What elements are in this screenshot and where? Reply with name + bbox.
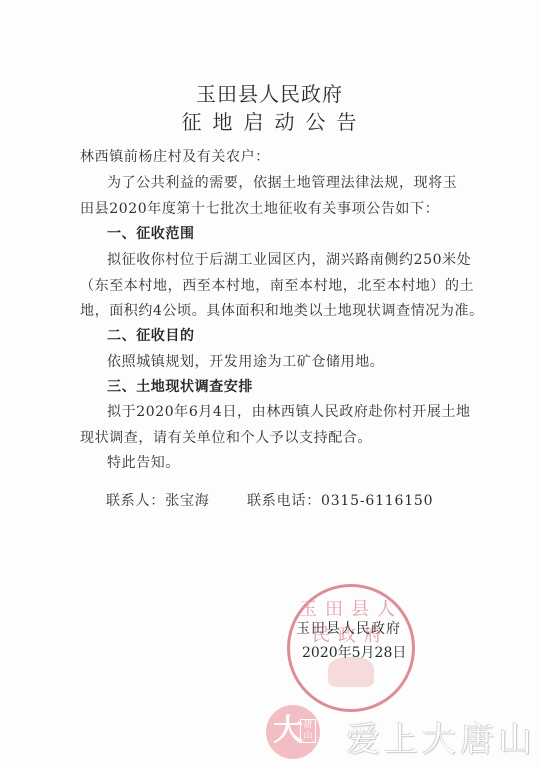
section-heading-survey: 三、土地现状调查安排 [107,377,507,397]
watermark-logo-icon: 大 唐山 [266,705,320,759]
intro-line-1: 为了公共利益的需要，依据土地管理法律法规，现将玉 [107,173,507,193]
notice-page: 玉田县人民政府 征地启动公告 林西镇前杨庄村及有关农户： 为了公共利益的需要，依… [0,0,539,768]
intro-line-2: 田县2020年度第十七批次土地征收有关事项公告如下： [80,199,480,219]
contact-person: 联系人：张宝海 [106,490,210,510]
closing-text: 特此告知。 [107,453,507,473]
watermark-text: 爱上大唐山 [346,712,536,761]
notice-title: 征地启动公告 [0,106,539,135]
section-purpose-line-1: 依照城镇规划，开发用途为工矿仓储用地。 [107,352,507,372]
contact-phone-number: 0315-6116150 [321,493,433,509]
contact-phone: 联系电话：0315-6116150 [247,490,433,510]
contact-phone-label: 联系电话： [247,493,321,509]
section-survey-line-2: 现状调查，请有关单位和个人予以支持配合。 [80,428,480,448]
contact-person-name: 张宝海 [165,493,209,509]
signature-organization: 玉田县人民政府 [296,618,539,638]
section-heading-scope: 一、征收范围 [107,224,507,244]
contact-person-label: 联系人： [106,493,165,509]
section-scope-line-3: 地，面积约4公顷。具体面积和地类以土地现状调查情况为准。 [80,301,480,321]
watermark-logo-small: 唐山 [300,719,316,743]
section-scope-line-1: 拟征收你村位于后湖工业园区内，湖兴路南侧约250米处 [107,250,507,270]
section-scope-line-2: （东至本村地，西至本村地，南至本村地，北至本村地）的土 [80,276,480,296]
section-heading-purpose: 二、征收目的 [107,326,507,346]
watermark-logo-big: 大 [273,713,303,749]
section-survey-line-1: 拟于2020年6月4日，由林西镇人民政府赴你村开展土地 [107,402,507,422]
addressee: 林西镇前杨庄村及有关农户： [80,147,480,167]
issuer-title: 玉田县人民政府 [0,78,539,107]
signature-date: 2020年5月28日 [302,642,539,662]
